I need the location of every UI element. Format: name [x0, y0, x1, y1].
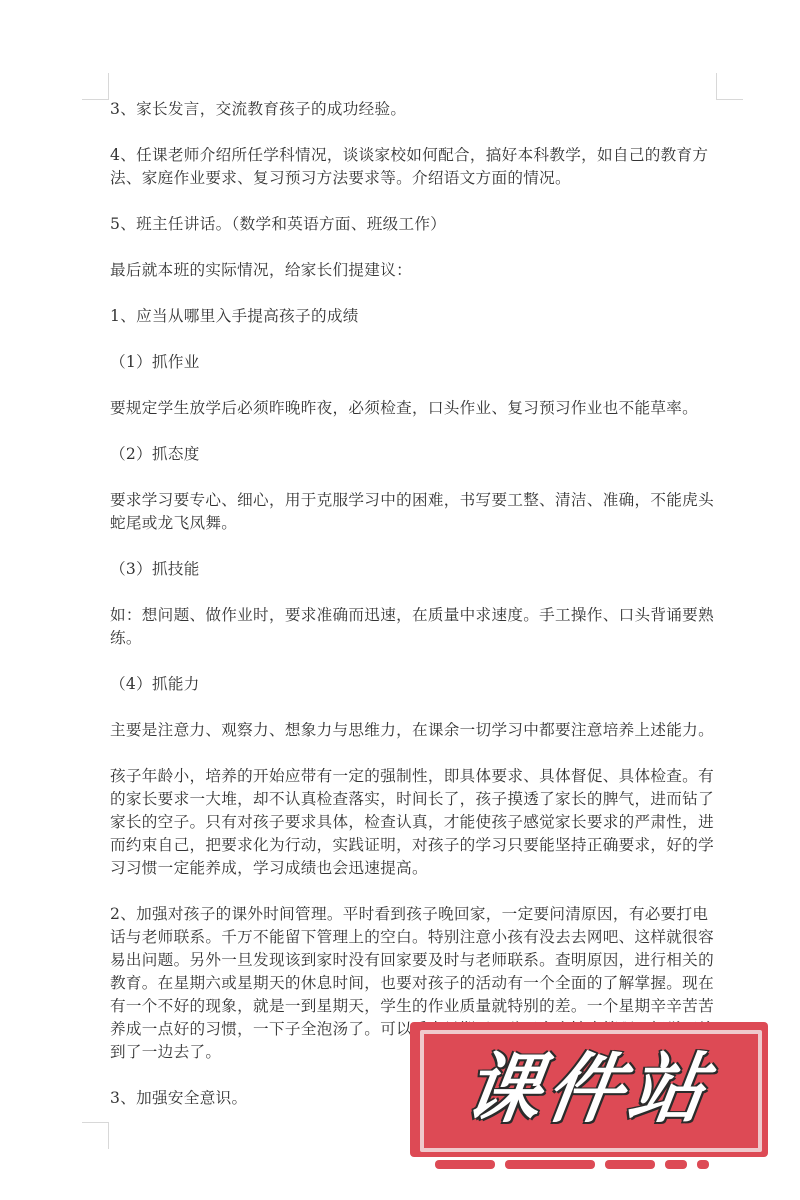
subheading-homework: （1）抓作业 — [110, 351, 722, 374]
subheading-ability: （4）抓能力 — [110, 673, 722, 696]
paragraph-item-4: 4、任课老师介绍所任学科情况，谈谈家校如何配合，搞好本科教学，如自己的教育方法、… — [110, 144, 722, 190]
page-corner-mark-top-right — [716, 73, 743, 100]
subheading-attitude: （2）抓态度 — [110, 443, 722, 466]
watermark-text: 课件站 — [432, 1044, 745, 1134]
watermark-stamp: 课件站 — [400, 1016, 778, 1172]
paragraph-attitude: 要求学习要专心、细心，用于克服学习中的困难，书写要工整、清洁、准确，不能虎头蛇尾… — [110, 489, 722, 535]
page-corner-mark-bottom-left — [82, 1122, 109, 1149]
paragraph-ability: 主要是注意力、观察力、想象力与思维力，在课余一切学习中都要注意培养上述能力。 — [110, 719, 722, 742]
page-corner-mark-top-left — [82, 73, 109, 100]
paragraph-suggestions-intro: 最后就本班的实际情况，给家长们提建议： — [110, 259, 722, 282]
document-body: 3、家长发言，交流教育孩子的成功经验。 4、任课老师介绍所任学科情况，谈谈家校如… — [110, 98, 722, 1110]
paragraph-homework: 要规定学生放学后必须昨晚昨夜，必须检查，口头作业、复习预习作业也不能草率。 — [110, 397, 722, 420]
subheading-skills: （3）抓技能 — [110, 558, 722, 581]
paragraph-item-3: 3、家长发言，交流教育孩子的成功经验。 — [110, 98, 722, 121]
paragraph-item-5: 5、班主任讲话。（数学和英语方面、班级工作） — [110, 213, 722, 236]
heading-suggestion-1: 1、应当从哪里入手提高孩子的成绩 — [110, 305, 722, 328]
paragraph-skills: 如：想问题、做作业时，要求准确而迅速，在质量中求速度。手工操作、口头背诵要熟练。 — [110, 604, 722, 650]
paragraph-discipline: 孩子年龄小，培养的开始应带有一定的强制性，即具体要求、具体督促、具体检查。有的家… — [110, 765, 722, 880]
stamp-ink-dots — [435, 1160, 709, 1170]
